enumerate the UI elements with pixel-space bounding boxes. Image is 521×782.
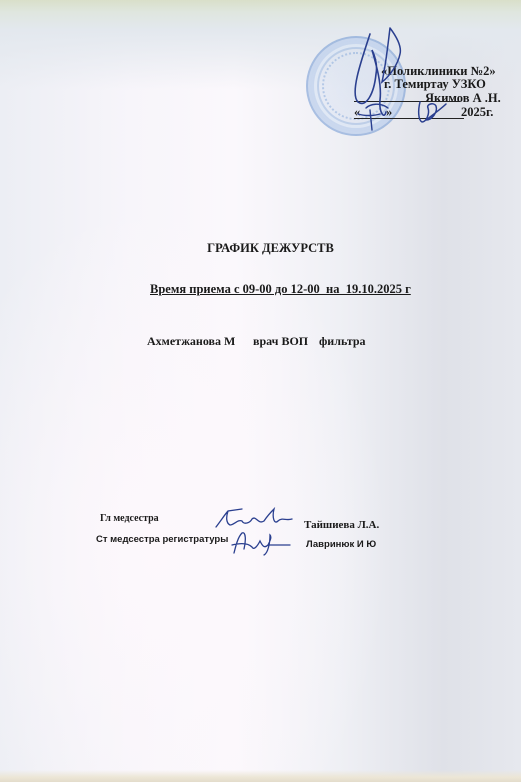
signature-name-head-nurse: Тайшиева Л.А. [304,519,379,531]
paper-edge [0,770,521,782]
registry-nurse-signature [226,527,296,557]
date-year: 2025г. [461,105,493,120]
reception-time: Время приема с 09-00 до 12-00 на 19.10.2… [150,282,411,297]
approval-signatory: Якимов А .Н. [425,91,501,106]
approval-date-line [354,118,464,119]
signature-position-head-nurse: Гл медсестра [100,513,159,524]
duty-location: фильтра [319,334,366,349]
document-title: ГРАФИК ДЕЖУРСТВ [0,241,521,256]
approval-block: «Поликлиники №2» г. Темиртау УЗКО Якимов… [0,0,521,140]
approval-city: г. Темиртау УЗКО [384,77,486,92]
approval-signature-line [354,101,460,102]
signature-position-registry-nurse: Ст медсестра регистратуры [96,534,228,545]
signature-name-registry-nurse: Лавринюк И Ю [306,539,376,550]
head-nurse-signature [212,505,302,531]
duty-doctor-name: Ахметжанова М [147,334,235,349]
duty-doctor-role: врач ВОП [253,334,308,349]
